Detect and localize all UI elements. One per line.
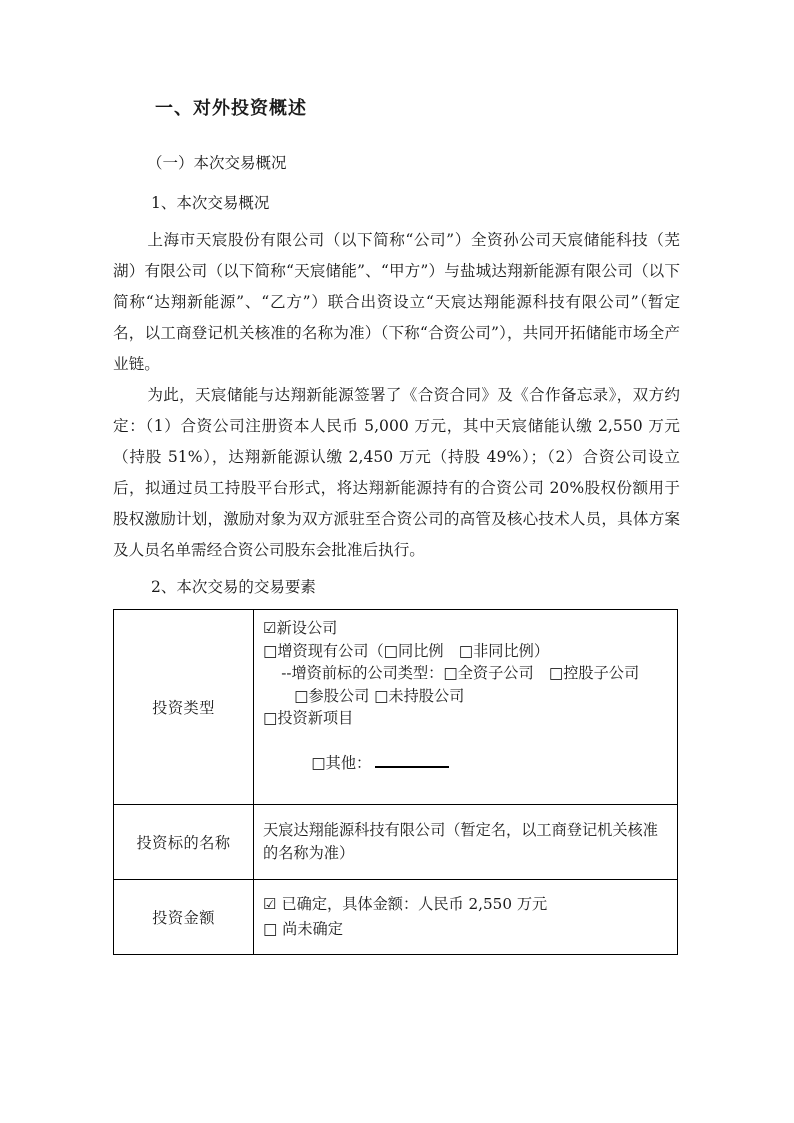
table-row-target-name: 投资标的名称 天宸达翔能源科技有限公司（暂定名，以工商登记机关核准的名称为准） bbox=[114, 805, 678, 880]
paragraph-agreement-terms: 为此，天宸储能与达翔新能源签署了《合资合同》及《合作备忘录》，双方约定：（1）合… bbox=[113, 380, 680, 566]
option-new-company-checked: ☑新设公司 bbox=[263, 617, 667, 640]
option-amount-confirmed-checked: ☑ 已确定，具体金额：人民币 2,550 万元 bbox=[263, 892, 667, 918]
target-company-name: 天宸达翔能源科技有限公司（暂定名，以工商登记机关核准的名称为准） bbox=[254, 805, 678, 880]
row-label-target-name: 投资标的名称 bbox=[114, 805, 254, 880]
document-page: 一、对外投资概述 （一）本次交易概况 1、本次交易概况 上海市天宸股份有限公司（… bbox=[0, 0, 794, 1123]
subsection-heading: （一）本次交易概况 bbox=[113, 151, 680, 173]
investment-type-options: ☑新设公司 □增资现有公司（□同比例 □非同比例） --增资前标的公司类型：□全… bbox=[254, 610, 678, 805]
table-row-investment-type: 投资类型 ☑新设公司 □增资现有公司（□同比例 □非同比例） --增资前标的公司… bbox=[114, 610, 678, 805]
option-new-project: □投资新项目 bbox=[263, 707, 667, 730]
paragraph-joint-venture-setup: 上海市天宸股份有限公司（以下简称“公司”）全资孙公司天宸储能科技（芜湖）有限公司… bbox=[113, 225, 680, 380]
option-capital-increase: □增资现有公司（□同比例 □非同比例） bbox=[263, 640, 667, 663]
section-heading: 一、对外投资概述 bbox=[113, 94, 680, 120]
option-target-company-type: --增资前标的公司类型：□全资子公司 □控股子公司 bbox=[263, 662, 667, 685]
option-other-label: □其他： bbox=[311, 754, 371, 772]
option-other: □其他： bbox=[263, 730, 667, 798]
table-row-investment-amount: 投资金额 ☑ 已确定，具体金额：人民币 2,550 万元 □ 尚未确定 bbox=[114, 880, 678, 955]
option-amount-undetermined: □ 尚未确定 bbox=[263, 917, 667, 943]
blank-underline bbox=[375, 755, 449, 768]
row-label-investment-type: 投资类型 bbox=[114, 610, 254, 805]
item-heading-transaction-elements: 2、本次交易的交易要素 bbox=[113, 575, 680, 597]
transaction-elements-table: 投资类型 ☑新设公司 □增资现有公司（□同比例 □非同比例） --增资前标的公司… bbox=[113, 609, 678, 955]
option-shareholding-subtypes: □参股公司 □未持股公司 bbox=[263, 685, 667, 708]
row-label-investment-amount: 投资金额 bbox=[114, 880, 254, 955]
investment-amount-options: ☑ 已确定，具体金额：人民币 2,550 万元 □ 尚未确定 bbox=[254, 880, 678, 955]
item-heading-overview: 1、本次交易概况 bbox=[113, 191, 680, 213]
